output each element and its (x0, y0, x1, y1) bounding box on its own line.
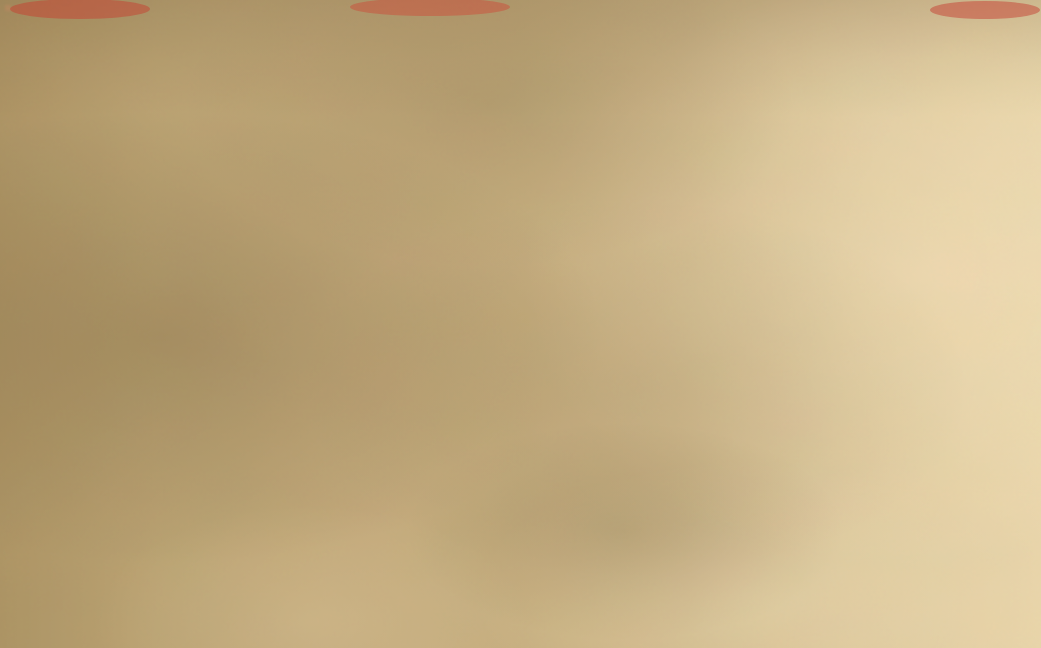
red-fabric-backing (0, 0, 1041, 648)
fabric-shade-spot (350, 0, 510, 16)
fabric-shade-spot (930, 1, 1040, 19)
manuscript-photograph (0, 0, 1041, 648)
fabric-shade-spot (10, 0, 150, 19)
